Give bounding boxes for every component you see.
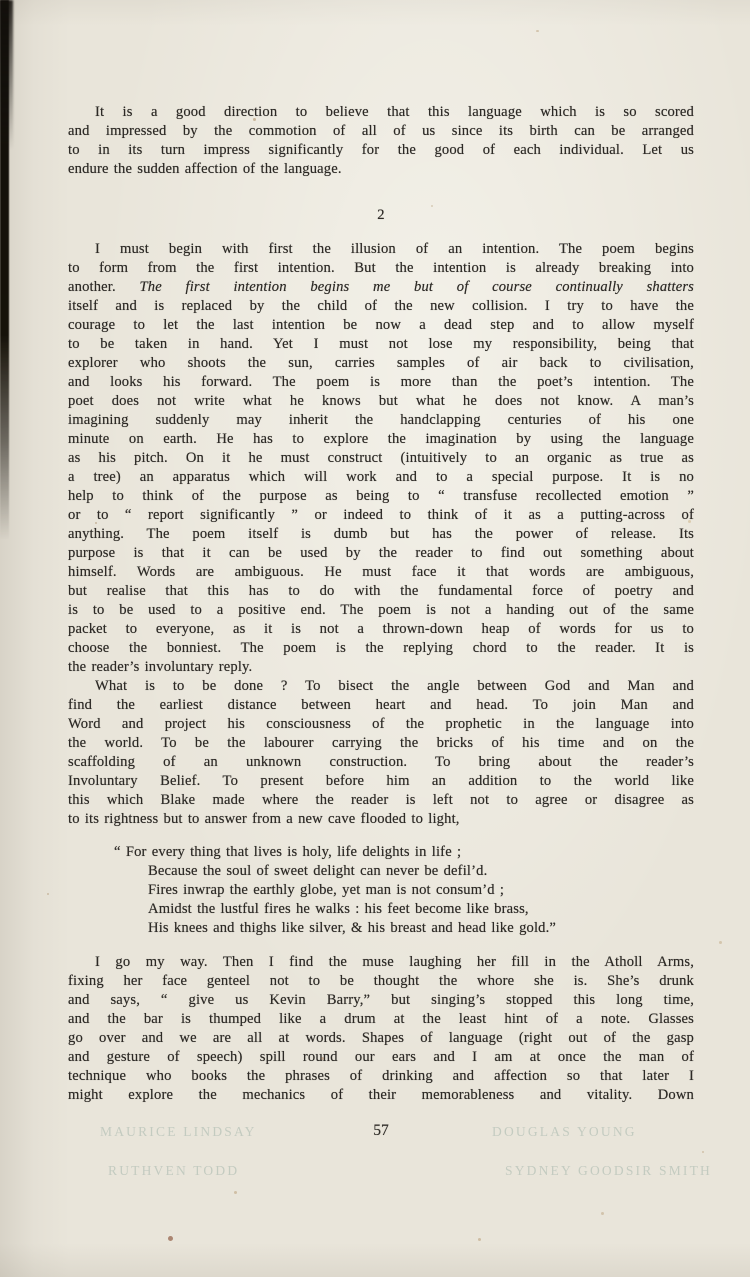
showthrough-name-bottom-right: SYDNEY GOODSIR SMITH: [505, 1163, 712, 1179]
text-line: Amidst the lustful fires he walks : his …: [114, 900, 654, 919]
text-line: find the earliest distance between heart…: [68, 696, 694, 715]
text-line: to form from the first intention. But th…: [68, 259, 694, 278]
scan-edge-shadow-top: [0, 0, 13, 150]
text-line: to in its turn impress significantly for…: [68, 141, 694, 160]
text-line: as his pitch. On it he must construct (i…: [68, 449, 694, 468]
text-line: imagining suddenly may inherit the handc…: [68, 411, 694, 430]
text-line: this which Blake made where the reader i…: [68, 791, 694, 810]
text-line: I must begin with first the illusion of …: [68, 240, 694, 259]
text-line: poet does not write what he knows but wh…: [68, 392, 694, 411]
text-line: but realise that this has to do with the…: [68, 582, 694, 601]
text-line: Because the soul of sweet delight can ne…: [114, 862, 654, 881]
text-line: It is a good direction to believe that t…: [68, 103, 694, 122]
text-line: minute on earth. He has to explore the i…: [68, 430, 694, 449]
text-line: Involuntary Belief. To present before hi…: [68, 772, 694, 791]
text-line: courage to let the last intention be now…: [68, 316, 694, 335]
paragraph-intention: I must begin with first the illusion of …: [68, 240, 694, 677]
text-line: is to be used to a positive end. The poe…: [68, 601, 694, 620]
text-line: and impressed by the commotion of all of…: [68, 122, 694, 141]
text-line: endure the sudden affection of the langu…: [68, 160, 694, 179]
text-block: It is a good direction to believe that t…: [68, 103, 694, 1105]
text-line: explorer who shoots the sun, carries sam…: [68, 354, 694, 373]
text-line: “ For every thing that lives is holy, li…: [114, 843, 654, 862]
text-line: a tree) an apparatus which will work and…: [68, 468, 694, 487]
text-line: choose the bonniest. The poem is the rep…: [68, 639, 694, 658]
showthrough-name-top-right: DOUGLAS YOUNG: [492, 1124, 637, 1140]
section-number: 2: [68, 206, 694, 225]
text-line: Word and project his consciousness of th…: [68, 715, 694, 734]
text-line: and says, “ give us Kevin Barry,” but si…: [68, 991, 694, 1010]
text-line: anything. The poem itself is dumb but ha…: [68, 525, 694, 544]
paragraph-what-is-to-be-done: What is to be done ? To bisect the angle…: [68, 677, 694, 829]
text-line: purpose is that it can be used by the re…: [68, 544, 694, 563]
text-line: itself and is replaced by the child of t…: [68, 297, 694, 316]
text-line: might explore the mechanics of their mem…: [68, 1086, 694, 1105]
text-line: I go my way. Then I find the muse laughi…: [68, 953, 694, 972]
text-line: another. The first intention begins me b…: [68, 278, 694, 297]
showthrough-name-bottom-left: RUTHVEN TODD: [108, 1163, 239, 1179]
text-line: and gesture of speech) spill round our e…: [68, 1048, 694, 1067]
text-line: What is to be done ? To bisect the angle…: [68, 677, 694, 696]
text-line: Fires inwrap the earthly globe, yet man …: [114, 881, 654, 900]
text-line: the world. To be the labourer carrying t…: [68, 734, 694, 753]
paragraph-atholl-arms: I go my way. Then I find the muse laughi…: [68, 953, 694, 1105]
blake-verse-quote: “ For every thing that lives is holy, li…: [114, 843, 654, 938]
text-segment: another.: [68, 279, 139, 295]
text-line: technique who books the phrases of drink…: [68, 1067, 694, 1086]
opening-paragraph: It is a good direction to believe that t…: [68, 103, 694, 179]
text-line: go over and we are all at words. Shapes …: [68, 1029, 694, 1048]
text-line: and the bar is thumped like a drum at th…: [68, 1010, 694, 1029]
text-line: to its rightness but to answer from a ne…: [68, 810, 694, 829]
text-line: His knees and thighs like silver, & his …: [114, 919, 654, 938]
text-line: the reader’s involuntary reply.: [68, 658, 694, 677]
text-line: fixing her face genteel not to be though…: [68, 972, 694, 991]
text-line: and looks his forward. The poem is more …: [68, 373, 694, 392]
scanned-book-page: It is a good direction to believe that t…: [0, 0, 750, 1277]
italic-text-segment: The first intention begins me but of cou…: [139, 279, 694, 295]
text-line: to be taken in hand. Yet I must not lose…: [68, 335, 694, 354]
text-line: scaffolding of an unknown construction. …: [68, 753, 694, 772]
text-line: packet to everyone, as it is not a throw…: [68, 620, 694, 639]
text-line: or to “ report significantly ” or indeed…: [68, 506, 694, 525]
showthrough-name-top-left: MAURICE LINDSAY: [100, 1124, 257, 1140]
text-line: himself. Words are ambiguous. He must fa…: [68, 563, 694, 582]
text-line: help to think of the purpose as being to…: [68, 487, 694, 506]
